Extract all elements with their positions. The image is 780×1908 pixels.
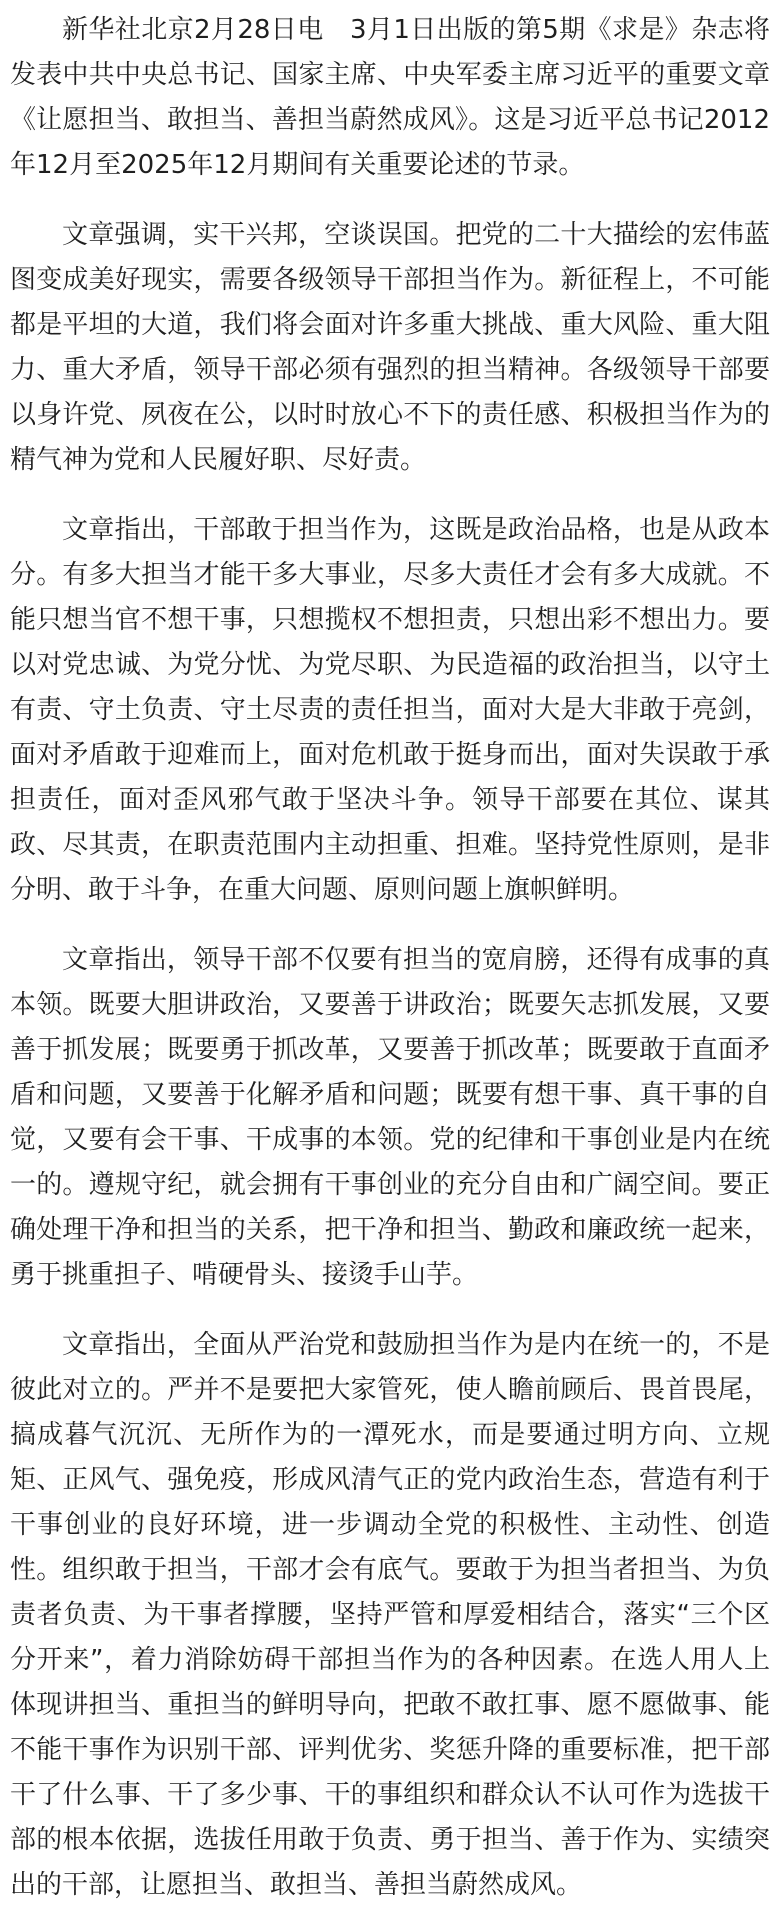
article-paragraph-5: 文章指出，全面从严治党和鼓励担当作为是内在统一的，不是彼此对立的。严并不是要把大…: [10, 1323, 770, 1908]
article-page: { "page": { "background_color": "#ffffff…: [0, 0, 780, 1908]
article-paragraph-dateline: 新华社北京2月28日电 3月1日出版的第5期《求是》杂志将发表中共中央总书记、国…: [10, 8, 770, 188]
article-paragraph-3: 文章指出，干部敢于担当作为，这既是政治品格，也是从政本分。有多大担当才能干多大事…: [10, 508, 770, 913]
article-paragraph-4: 文章指出，领导干部不仅要有担当的宽肩膀，还得有成事的真本领。既要大胆讲政治，又要…: [10, 938, 770, 1298]
article-paragraph-2: 文章强调，实干兴邦，空谈误国。把党的二十大描绘的宏伟蓝图变成美好现实，需要各级领…: [10, 213, 770, 483]
news-article: 新华社北京2月28日电 3月1日出版的第5期《求是》杂志将发表中共中央总书记、国…: [0, 0, 780, 1908]
